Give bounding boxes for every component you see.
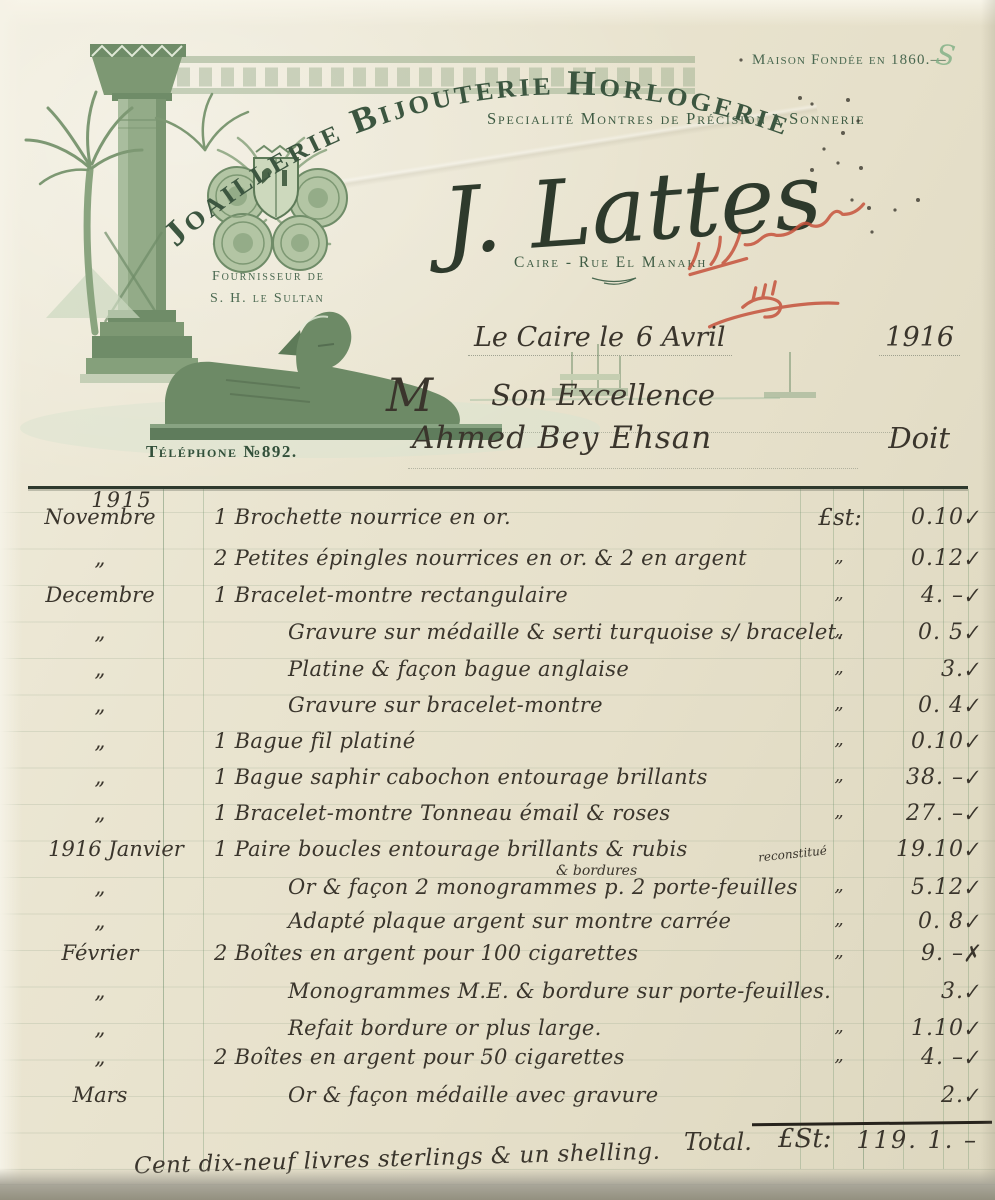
table-row: „1 Bague saphir cabochon entourage brill… [0, 765, 995, 799]
table-row: „Monogrammes M.E. & bordure sur porte-fe… [0, 979, 995, 1013]
description-cell: Refait bordure or plus large. [288, 1016, 602, 1040]
date-cell: Février [34, 941, 166, 965]
telephone-line: Téléphone №892. [146, 442, 298, 461]
table-row: „Adapté plaque argent sur montre carrée„… [0, 909, 995, 943]
supplier-line-2: S. H. le Sultan [210, 291, 325, 306]
description-cell: Gravure sur bracelet-montre [288, 693, 603, 717]
total-label: Total. [684, 1128, 752, 1156]
addressee-line: Ahmed Bey Ehsan Doit [412, 420, 960, 456]
tick-mark: ✓ [960, 544, 993, 572]
description-cell: Or & façon médaille avec gravure [288, 1083, 658, 1107]
date-cell: „ [34, 801, 166, 825]
table-row: „1 Bague fil platiné„0.10✓ [0, 729, 995, 763]
address-line: Caire - Rue El Manakh [514, 254, 707, 271]
currency-cell: „ [824, 729, 854, 750]
dateline-date: 6 Avril [630, 322, 732, 356]
date-cell: „ [34, 546, 166, 570]
tick-mark: ✓ [960, 835, 993, 863]
tick-mark: ✓ [960, 1081, 993, 1109]
dateline-year: 1916 [879, 322, 960, 356]
table-row: „Gravure sur médaille & serti turquoise … [0, 620, 995, 654]
amount-cell: 0. 4 [868, 693, 964, 718]
tick-mark: ✗ [960, 939, 993, 967]
table-row: Decembre1 Bracelet-montre rectangulaire„… [0, 583, 995, 617]
date-cell: „ [34, 620, 166, 644]
description-cell: 1 Bague saphir cabochon entourage brilla… [214, 765, 708, 789]
tick-mark: ✓ [960, 1043, 993, 1071]
description-cell: Adapté plaque argent sur montre carrée [288, 909, 731, 933]
currency-cell: „ [824, 620, 854, 641]
amount-cell: 0. 8 [868, 909, 964, 934]
description-cell: Platine & façon bague anglaise [288, 657, 629, 681]
table-row: „2 Boîtes en argent pour 50 cigarettes„4… [0, 1045, 995, 1079]
tick-mark: ✓ [960, 581, 993, 609]
description-cell: 2 Petites épingles nourrices en or. & 2 … [214, 546, 747, 570]
description-cell: 2 Boîtes en argent pour 50 cigarettes [214, 1045, 625, 1069]
tick-mark: ✓ [960, 727, 993, 755]
description-cell: Or & façon 2 monogrammes p. 2 porte-feui… [288, 875, 798, 899]
ledger-table: 1915 Novembre1 Brochette nourrice en or.… [0, 486, 995, 1176]
tick-mark: ✓ [960, 655, 993, 683]
date-cell: Novembre [34, 505, 166, 529]
supplier-line-1: Fournisseur de [212, 269, 325, 284]
description-cell: 1 Paire boucles entourage brillants & ru… [214, 837, 688, 861]
amount-cell: 38. – [868, 765, 964, 790]
amount-cell: 0. 5 [868, 620, 964, 645]
date-cell: Mars [34, 1083, 166, 1107]
doit-label: Doit [888, 421, 950, 455]
amount-cell: 3. [868, 979, 964, 1004]
tick-mark: ✓ [960, 503, 993, 531]
amount-in-words: Cent dix-neuf livres sterlings & un shel… [134, 1139, 661, 1180]
amount-cell: 5.12 [868, 875, 964, 900]
amount-cell: 4. – [868, 583, 964, 608]
tick-mark: ✓ [960, 873, 993, 901]
table-row: MarsOr & façon médaille avec gravure2.✓ [0, 1083, 995, 1117]
salutation-text: Son Excellence [491, 378, 715, 412]
date-cell: Decembre [34, 583, 166, 607]
amount-cell: 4. – [868, 1045, 964, 1070]
currency-cell: „ [824, 657, 854, 678]
currency-cell: „ [824, 693, 854, 714]
pencil-mark: S [934, 38, 958, 73]
date-cell: „ [34, 729, 166, 753]
currency-cell: „ [824, 765, 854, 786]
date-cell: „ [34, 657, 166, 681]
amount-cell: 27. – [868, 801, 964, 826]
date-cell: „ [34, 979, 166, 1003]
description-cell: 1 Bracelet-montre rectangulaire [214, 583, 568, 607]
table-row: Novembre1 Brochette nourrice en or.£st:0… [0, 505, 995, 539]
amount-cell: 0.10 [868, 729, 964, 754]
table-row: „1 Bracelet-montre Tonneau émail & roses… [0, 801, 995, 835]
currency-cell: „ [824, 1045, 854, 1066]
addressee-name: Ahmed Bey Ehsan [412, 420, 712, 456]
date-cell: „ [34, 875, 166, 899]
table-row: „2 Petites épingles nourrices en or. & 2… [0, 546, 995, 580]
currency-cell: „ [824, 583, 854, 604]
date-cell: „ [34, 1016, 166, 1040]
salutation-initial: M [386, 368, 433, 422]
amount-cell: 1.10 [868, 1016, 964, 1041]
currency-cell: „ [824, 801, 854, 822]
description-cell: Gravure sur médaille & serti turquoise s… [288, 620, 843, 644]
amount-cell: 0.12 [868, 546, 964, 571]
description-cell: 2 Boîtes en argent pour 100 cigarettes [214, 941, 638, 965]
amount-cell: 19.10 [868, 837, 964, 862]
tick-mark: ✓ [960, 977, 993, 1005]
invoice-page: Joaillerie Bijouterie Horlogerie Maison … [0, 0, 995, 1200]
tick-mark: ✓ [960, 618, 993, 646]
marginal-note: & bordures [556, 863, 637, 879]
address-flourish [592, 278, 636, 284]
description-cell: 1 Bague fil platiné [214, 729, 415, 753]
founded-line: Maison Fondée en 1860.— [752, 52, 947, 68]
currency-cell: „ [824, 941, 854, 962]
description-cell: 1 Brochette nourrice en or. [214, 505, 511, 529]
salutation-line: MSon Excellence [386, 372, 946, 418]
tick-mark: ✓ [960, 1014, 993, 1042]
date-cell: „ [34, 693, 166, 717]
amount-cell: 3. [868, 657, 964, 682]
date-cell: „ [34, 765, 166, 789]
tick-mark: ✓ [960, 763, 993, 791]
table-row: „Gravure sur bracelet-montre„0. 4✓ [0, 693, 995, 727]
date-cell: „ [34, 1045, 166, 1069]
tick-mark: ✓ [960, 907, 993, 935]
description-cell: Monogrammes M.E. & bordure sur porte-feu… [288, 979, 831, 1003]
total-currency: £St: [778, 1124, 832, 1154]
table-row: „Or & façon 2 monogrammes p. 2 porte-feu… [0, 875, 995, 909]
currency-cell: £st: [814, 505, 866, 531]
currency-cell: „ [824, 546, 854, 567]
total-amount: 119. 1. – [842, 1126, 978, 1154]
currency-cell: „ [824, 1016, 854, 1037]
table-row: „Platine & façon bague anglaise„3.✓ [0, 657, 995, 691]
currency-cell: „ [824, 909, 854, 930]
tick-mark: ✓ [960, 799, 993, 827]
specialty-line: Specialité Montres de Précision à Sonner… [487, 109, 865, 128]
date-cell: „ [34, 909, 166, 933]
dotted-baseline [408, 468, 858, 469]
date-cell: 1916 Janvier [28, 837, 204, 861]
table-row: 1916 Janvier1 Paire boucles entourage br… [0, 837, 995, 871]
table-row: Février2 Boîtes en argent pour 100 cigar… [0, 941, 995, 975]
description-cell: 1 Bracelet-montre Tonneau émail & roses [214, 801, 670, 825]
tick-mark: ✓ [960, 691, 993, 719]
currency-cell: „ [824, 875, 854, 896]
amount-cell: 9. – [868, 941, 964, 966]
amount-cell: 2. [868, 1083, 964, 1108]
dateline-place: Le Caire le [468, 322, 630, 356]
marginal-note: reconstitué [757, 843, 827, 864]
dateline: Le Caire le 6 Avril 1916 [468, 322, 960, 356]
amount-cell: 0.10 [868, 505, 964, 530]
